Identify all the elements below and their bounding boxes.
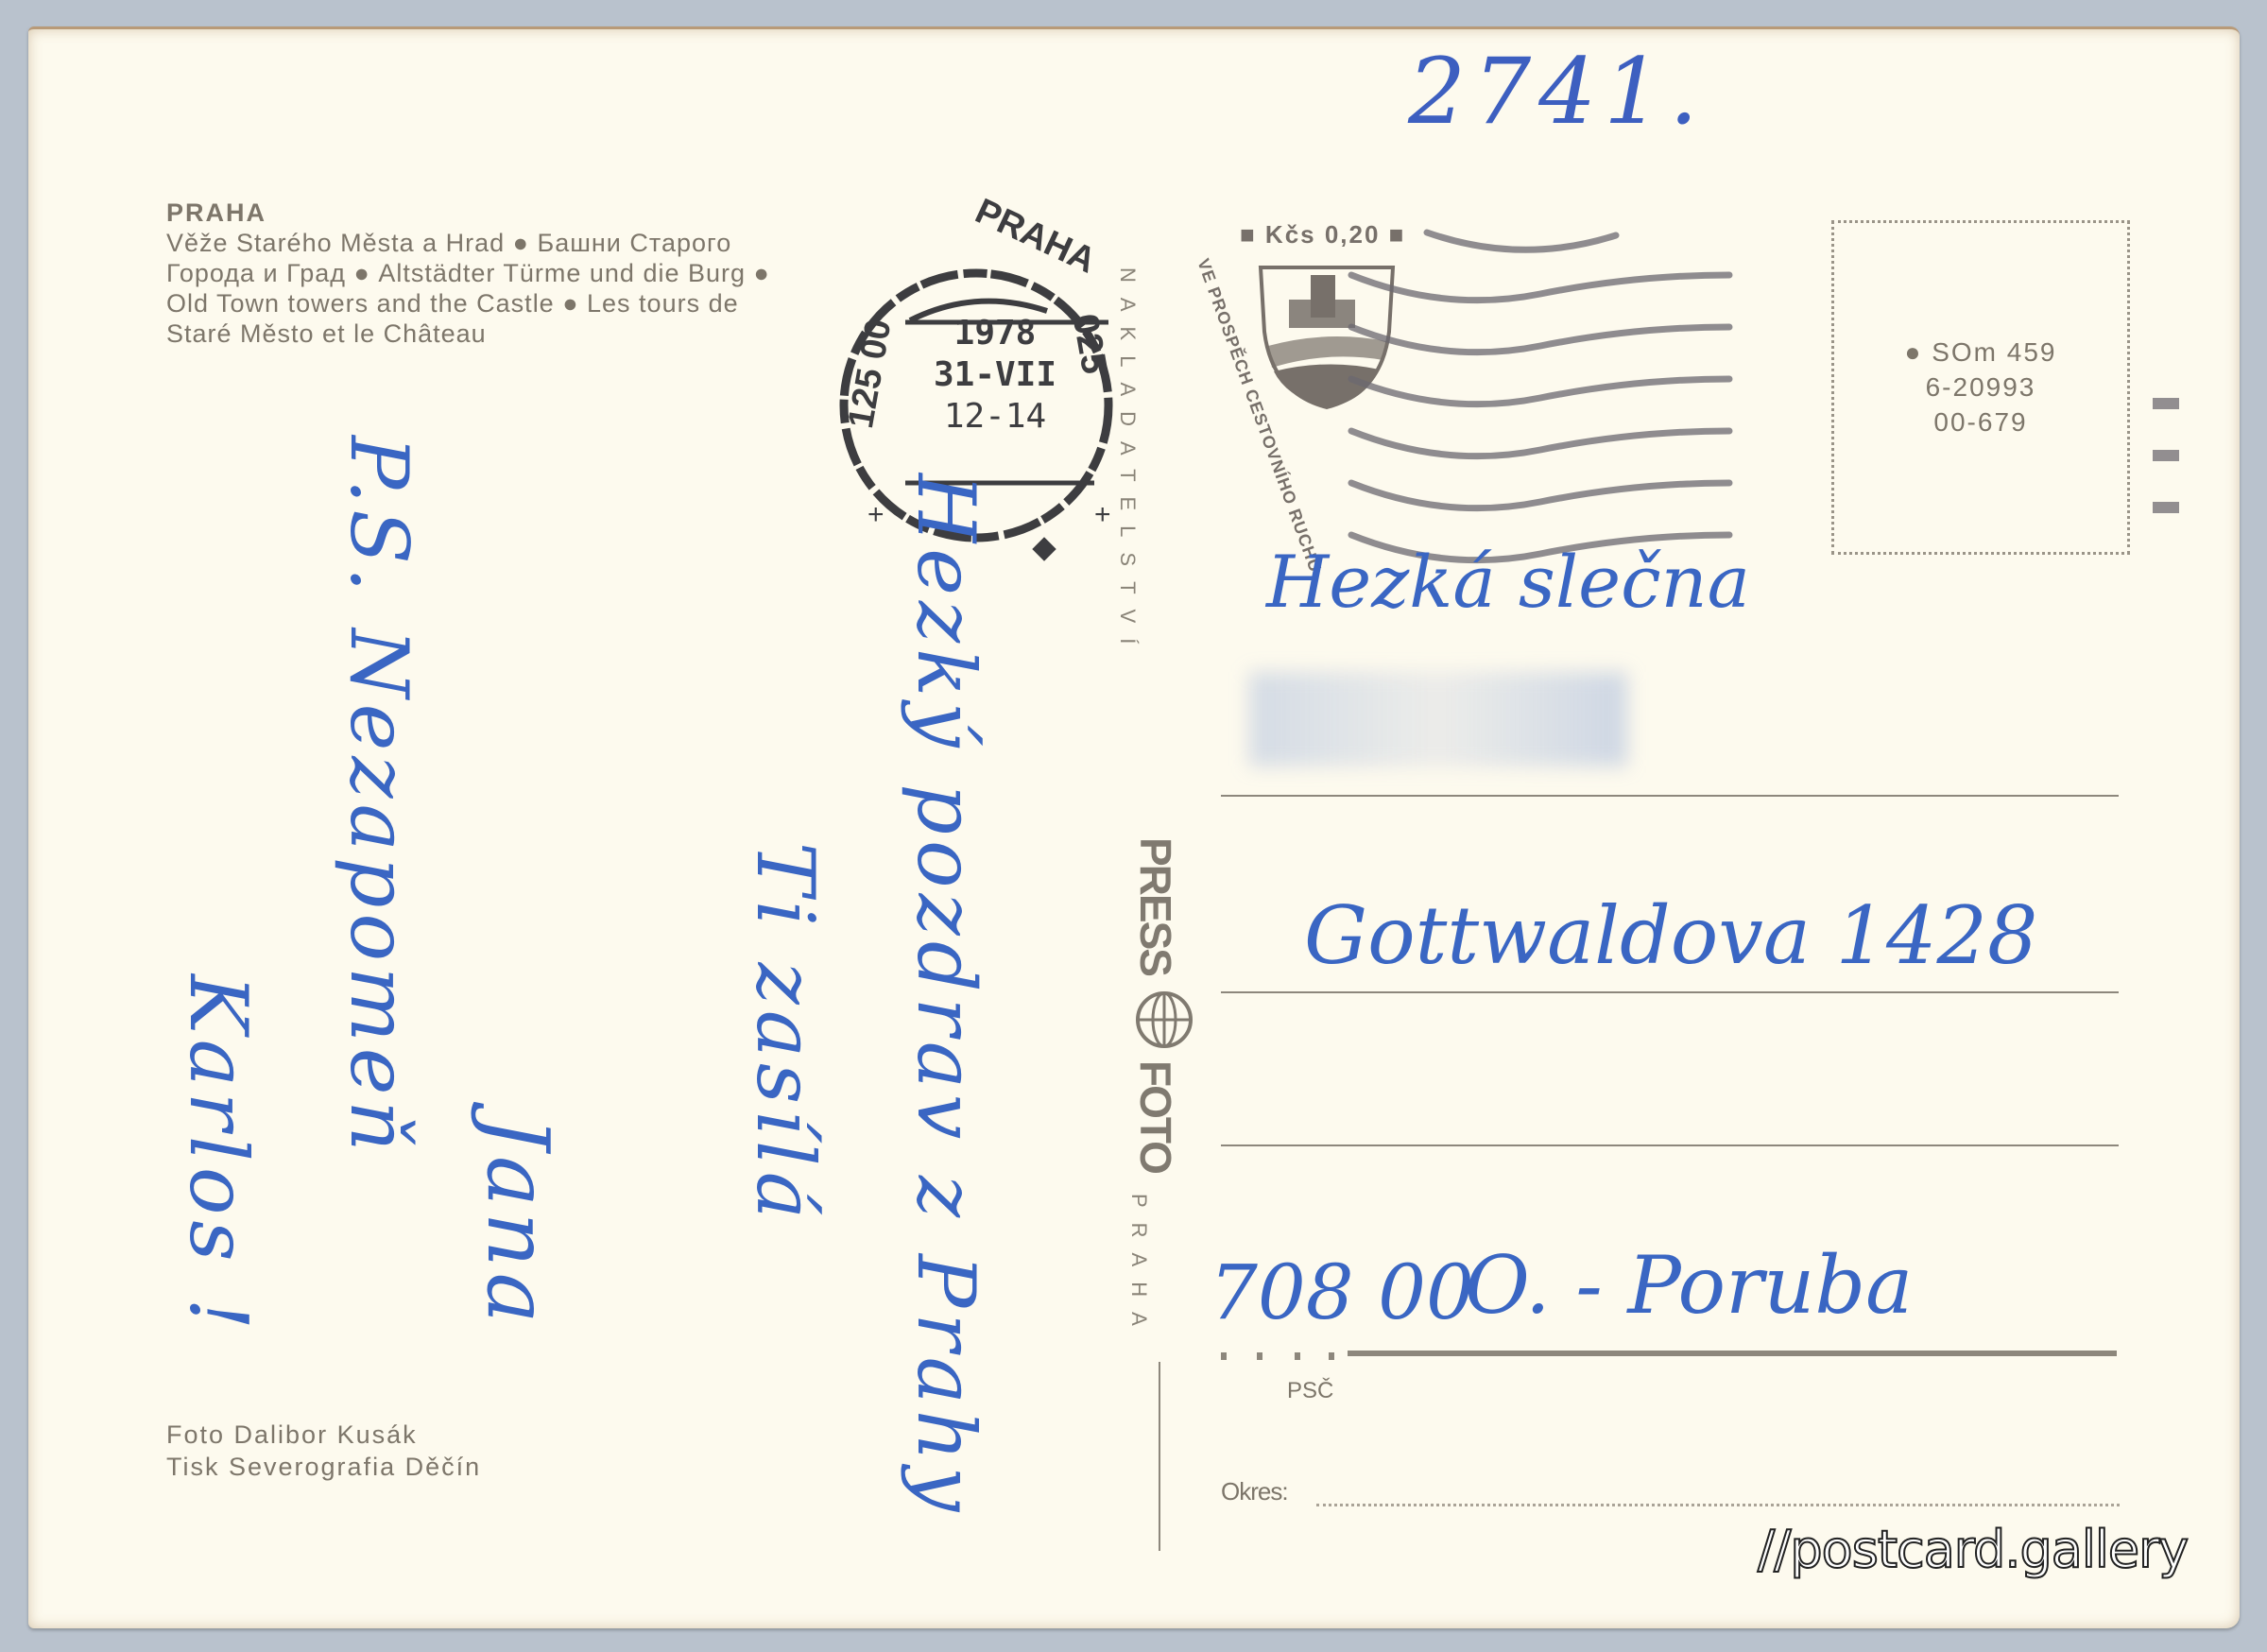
- message-ps: P.S. Nezapomeň: [333, 436, 425, 1158]
- address-rule: [1221, 991, 2119, 993]
- stamp-box-code: 00-679: [1834, 404, 2127, 439]
- postmark-time: 12-14: [915, 396, 1075, 438]
- cancellation-waves-icon: [1332, 218, 1786, 577]
- publisher-label-bottom: PRAHA: [1126, 1194, 1151, 1341]
- address-street: Gottwaldova 1428: [1304, 889, 2037, 982]
- printer-credit: Tisk Severografia Děčín: [166, 1451, 481, 1483]
- stamp-placement-box: ● SOm 459 6-20993 00-679: [1831, 220, 2130, 555]
- message-ps-2: Karlos !: [172, 974, 265, 1335]
- postmark: + + 125 00 PRAHA 025 1978 31-VII 12-14: [820, 235, 1217, 594]
- caption-title: PRAHA: [166, 198, 770, 228]
- stamp-box-code: ● SOm 459: [1834, 335, 2127, 370]
- print-credits: Foto Dalibor Kusák Tisk Severografia Děč…: [166, 1419, 481, 1483]
- pressfoto-logo: PRESS FOTO: [1136, 837, 1193, 1196]
- logo-foto: FOTO: [1130, 1060, 1181, 1173]
- postcard-back: PRAHA Věže Starého Města a Hrad ● Башни …: [28, 26, 2240, 1628]
- caption-line: Staré Město et le Château: [166, 318, 770, 349]
- globe-icon: [1136, 977, 1193, 1062]
- svg-text:+: +: [1094, 499, 1111, 530]
- redacted-name: [1249, 672, 1627, 766]
- message-line-2: Ti zasílá: [739, 842, 832, 1225]
- okres-field: [1316, 1504, 2120, 1506]
- address-city: O. - Poruba: [1465, 1239, 1913, 1332]
- catalog-number: 2741.: [1408, 39, 1706, 145]
- divider-line: [1159, 1362, 1160, 1551]
- postmark-day: 31-VII: [915, 354, 1075, 396]
- stamp-box-code: 6-20993: [1834, 370, 2127, 404]
- photo-caption: PRAHA Věže Starého Města a Hrad ● Башни …: [166, 198, 770, 349]
- address-rule: [1221, 795, 2119, 797]
- caption-line: Old Town towers and the Castle ● Les tou…: [166, 288, 770, 318]
- svg-text:+: +: [867, 499, 884, 530]
- caption-line: Věže Starého Města a Hrad ● Башни Старог…: [166, 228, 770, 258]
- message-line-1: Hezký pozdrav z Prahy: [900, 473, 992, 1517]
- city-rule: [1348, 1351, 2117, 1356]
- message-signature: Jana: [468, 1116, 567, 1329]
- caption-line: Города и Град ● Altstädter Türme und die…: [166, 258, 770, 288]
- address-line-1: Hezká slečna: [1266, 540, 1750, 624]
- photo-credit: Foto Dalibor Kusák: [166, 1419, 481, 1451]
- postmark-year: 1978: [915, 313, 1075, 354]
- postmark-date: 1978 31-VII 12-14: [915, 313, 1075, 438]
- address-rule: [1221, 1144, 2119, 1146]
- okres-label: Okres:: [1221, 1477, 1288, 1506]
- watermark: //postcard.gallery: [1758, 1520, 2188, 1579]
- address-postcode: 708 00: [1210, 1248, 1474, 1336]
- publisher-label-top: NAKLADATELSTVÍ: [1115, 267, 1140, 659]
- psc-label: PSČ: [1287, 1378, 1333, 1404]
- logo-press: PRESS: [1130, 837, 1181, 975]
